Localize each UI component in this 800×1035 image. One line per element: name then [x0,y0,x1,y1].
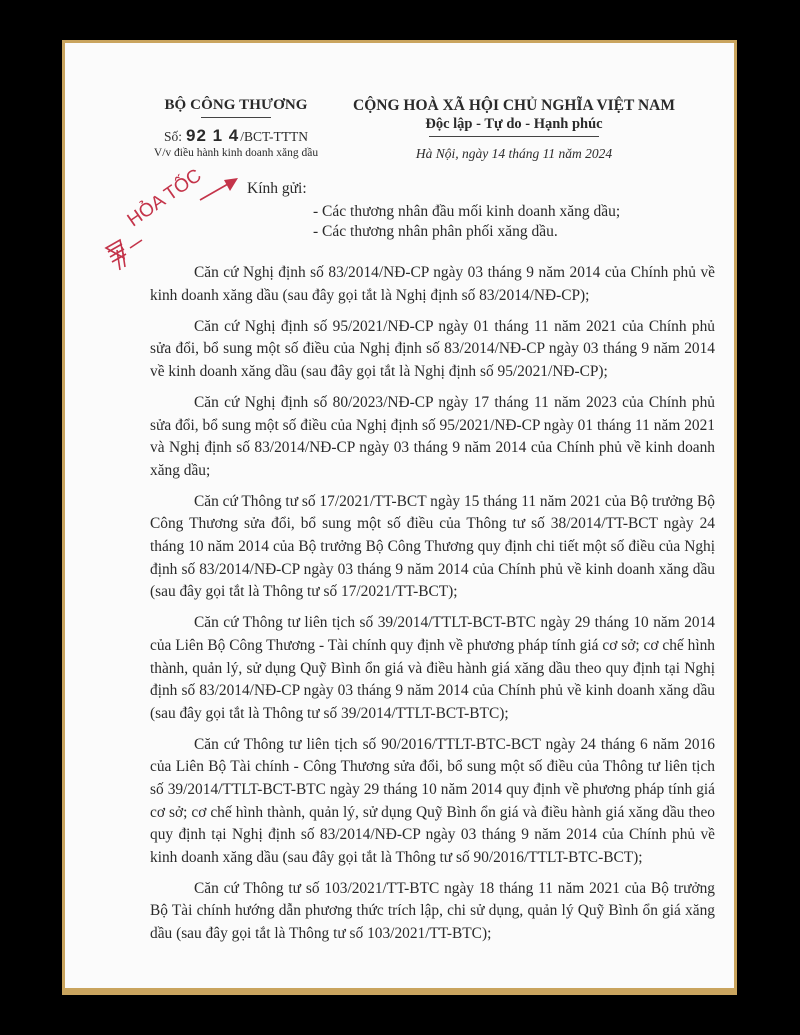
document-number: Số:92 1 4/BCT-TTTN [116,126,356,146]
document-body: Căn cứ Nghị định số 83/2014/NĐ-CP ngày 0… [150,262,715,954]
legal-basis-paragraph: Căn cứ Nghị định số 83/2014/NĐ-CP ngày 0… [150,262,715,307]
national-title: CỘNG HOÀ XÃ HỘI CHỦ NGHĨA VIỆT NAM [352,97,676,115]
legal-basis-paragraph: Căn cứ Thông tư liên tịch số 90/2016/TTL… [150,734,715,870]
legal-basis-paragraph: Căn cứ Thông tư số 103/2021/TT-BTC ngày … [150,878,715,946]
recipient-item: - Các thương nhân phân phối xăng dầu. [313,222,620,242]
agency-underline [201,117,271,118]
place-date: Hà Nội, ngày 14 tháng 11 năm 2024 [352,146,676,162]
header-right: CỘNG HOÀ XÃ HỘI CHỦ NGHĨA VIỆT NAM Độc l… [352,97,676,162]
issuing-agency: BỘ CÔNG THƯƠNG [116,97,356,114]
legal-basis-paragraph: Căn cứ Nghị định số 80/2023/NĐ-CP ngày 1… [150,392,715,482]
recipient-list: - Các thương nhân đầu mối kinh doanh xăn… [313,202,620,241]
motto-underline [429,136,599,137]
header-left: BỘ CÔNG THƯƠNG Số:92 1 4/BCT-TTTN V/v đi… [116,97,356,159]
number-handwritten: 92 1 4 [186,126,239,145]
number-label: Số: [164,129,182,144]
document-subject: V/v điều hành kinh doanh xăng dầu [116,147,356,159]
salutation: Kính gửi: [247,180,307,198]
recipient-item: - Các thương nhân đầu mối kinh doanh xăn… [313,202,620,222]
national-motto: Độc lập - Tự do - Hạnh phúc [352,116,676,133]
legal-basis-paragraph: Căn cứ Nghị định số 95/2021/NĐ-CP ngày 0… [150,316,715,384]
legal-basis-paragraph: Căn cứ Thông tư liên tịch số 39/2014/TTL… [150,612,715,725]
number-suffix: /BCT-TTTN [240,129,308,144]
legal-basis-paragraph: Căn cứ Thông tư số 17/2021/TT-BCT ngày 1… [150,491,715,604]
